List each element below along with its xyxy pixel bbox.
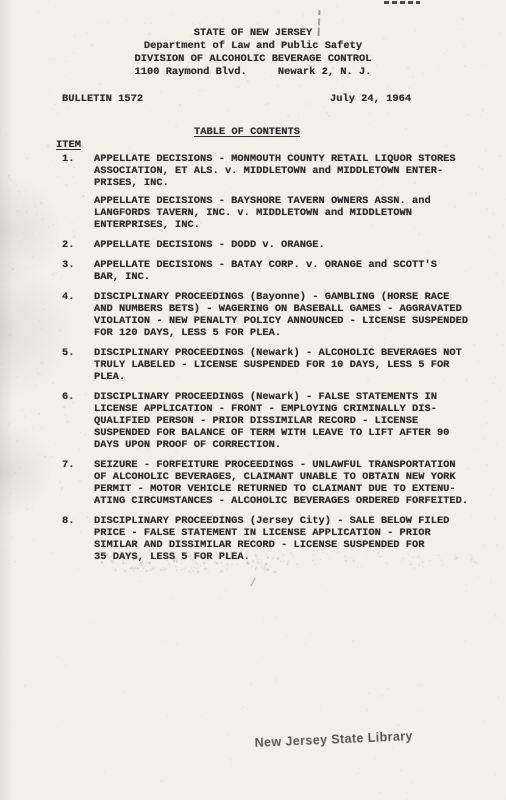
toc-item-text: APPELLATE DECISIONS - DODD v. ORANGE. [94, 239, 492, 251]
toc-item-text: APPELLATE DECISIONS - BATAY CORP. v. ORA… [94, 259, 492, 283]
document-page: STATE OF NEW JERSEY Department of Law an… [0, 0, 506, 800]
bulletin-number: BULLETIN 1572 [62, 93, 143, 105]
toc-item-number: 7. [62, 459, 94, 507]
toc-item-number: 3. [62, 259, 94, 283]
toc-item: 6.DISCIPLINARY PROCEEDINGS (Newark) - FA… [62, 391, 492, 451]
toc-item-number: 5. [62, 347, 94, 383]
toc-item-number: 2. [62, 239, 94, 251]
toc-item: 1.APPELLATE DECISIONS - MONMOUTH COUNTY … [62, 153, 492, 231]
toc-item-text: SEIZURE - FORFEITURE PROCEEDINGS - UNLAW… [94, 459, 492, 507]
toc-item-text: DISCIPLINARY PROCEEDINGS (Newark) - ALCO… [94, 347, 492, 383]
toc-item-number: 8. [62, 515, 94, 563]
toc-paragraph: DISCIPLINARY PROCEEDINGS (Newark) - FALS… [94, 391, 492, 451]
toc-paragraph: SEIZURE - FORFEITURE PROCEEDINGS - UNLAW… [94, 459, 492, 507]
toc-item-number: 6. [62, 391, 94, 451]
item-column-label: ITEM [56, 139, 81, 151]
toc-item-number: 1. [62, 153, 94, 231]
toc-list: 1.APPELLATE DECISIONS - MONMOUTH COUNTY … [62, 153, 492, 571]
toc-paragraph: APPELLATE DECISIONS - MONMOUTH COUNTY RE… [94, 153, 492, 189]
library-stamp: New Jersey State Library [254, 729, 413, 750]
address-line: 1100 Raymond Blvd. Newark 2, N. J. [0, 66, 506, 79]
toc-paragraph: DISCIPLINARY PROCEEDINGS (Jersey City) -… [94, 515, 492, 563]
agency-name: STATE OF NEW JERSEY [0, 27, 506, 40]
bulletin-date: July 24, 1964 [330, 93, 411, 105]
toc-paragraph: APPELLATE DECISIONS - BATAY CORP. v. ORA… [94, 259, 492, 283]
toc-item-text: DISCIPLINARY PROCEEDINGS (Newark) - FALS… [94, 391, 492, 451]
department-name: Department of Law and Public Safety [0, 40, 506, 53]
toc-item-number: 4. [62, 291, 94, 339]
toc-item-text: DISCIPLINARY PROCEEDINGS (Jersey City) -… [94, 515, 492, 563]
toc-item: 2.APPELLATE DECISIONS - DODD v. ORANGE. [62, 239, 492, 251]
toc-item-text: APPELLATE DECISIONS - MONMOUTH COUNTY RE… [94, 153, 492, 231]
scan-edge-shading [0, 0, 14, 800]
toc-title: TABLE OF CONTENTS [0, 126, 494, 138]
toc-item-text: DISCIPLINARY PROCEEDINGS (Bayonne) - GAM… [94, 291, 492, 339]
toc-item: 7.SEIZURE - FORFEITURE PROCEEDINGS - UNL… [62, 459, 492, 507]
document-header: STATE OF NEW JERSEY Department of Law an… [0, 27, 506, 79]
toc-item: 5.DISCIPLINARY PROCEEDINGS (Newark) - AL… [62, 347, 492, 383]
scan-mark-dashes-icon [384, 1, 420, 4]
toc-item: 4.DISCIPLINARY PROCEEDINGS (Bayonne) - G… [62, 291, 492, 339]
toc-paragraph: APPELLATE DECISIONS - BAYSHORE TAVERN OW… [94, 195, 492, 231]
toc-item: 8.DISCIPLINARY PROCEEDINGS (Jersey City)… [62, 515, 492, 563]
toc-paragraph: APPELLATE DECISIONS - DODD v. ORANGE. [94, 239, 492, 251]
toc-item: 3.APPELLATE DECISIONS - BATAY CORP. v. O… [62, 259, 492, 283]
division-name: DIVISION OF ALCOHOLIC BEVERAGE CONTROL [0, 53, 506, 66]
toc-paragraph: DISCIPLINARY PROCEEDINGS (Newark) - ALCO… [94, 347, 492, 383]
toc-paragraph: DISCIPLINARY PROCEEDINGS (Bayonne) - GAM… [94, 291, 492, 339]
